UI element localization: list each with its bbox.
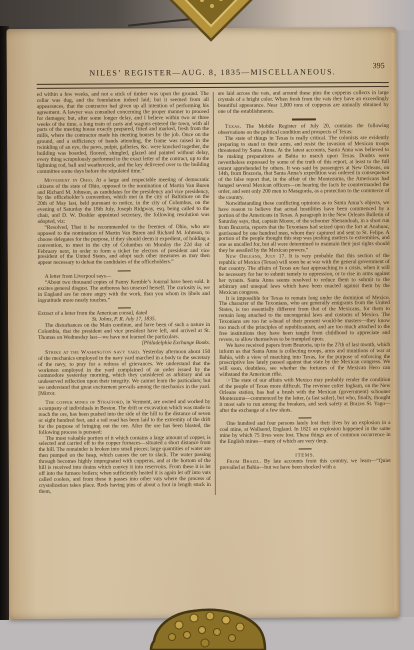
paragraph-lead: Strike at the Washington navy yard. [45,349,141,356]
texas-critical: The state of things in Texas is really c… [218,136,389,202]
texas-dominion: It is impossible for Texas to remain lon… [219,296,390,344]
navy-yard-strike: Strike at the Washington navy yard. Yest… [38,350,210,398]
masthead-title: NILES’ REGISTER—AUG. 8, 1835—MISCELLANEO… [89,67,336,77]
consul-letter: The disturbances on the Main continue, a… [38,323,210,342]
copper-process: The most valuable portion of it which co… [39,435,211,495]
text-columns: ed within a few weeks, and not a stick o… [37,91,391,495]
paragraph-lead: From Brazil. [227,458,261,464]
brass-clasp-bottom-icon [147,605,269,650]
copper-mines: The copper mines of Strafford, in Vermon… [38,400,210,436]
meeting-house-continuation: ed within a few weeks, and not a stick o… [37,92,209,176]
paragraph-lead: Movement in Ohio. [44,177,93,183]
page-header: NILES’ REGISTER—AUG. 8, 1835—MISCELLANEO… [37,61,389,81]
right-column: are laid across the vats, and around the… [213,91,391,494]
header-double-rule [37,82,389,89]
texas-hostilities: Notwithstanding these conflicting opinio… [218,201,389,255]
page-stack-edge [390,33,399,611]
paragraph-lead: New Orleans, July 17. [226,254,286,260]
mexico-affairs: ☞The state of our affairs with Mexico ma… [219,378,390,414]
paragraph-lead: The copper mines of Strafford, [45,399,124,405]
copperas-continuation: are laid across the vats, and around the… [218,91,389,116]
section-separator [117,270,130,271]
new-orleans-report: New Orleans, July 17. It is very probabl… [219,254,390,296]
liverpool-letter: “About two thousand copies of Fanny Kemb… [38,280,210,305]
paragraph-lead: Texas. [225,124,241,130]
page-number: 395 [373,61,385,70]
left-column: ed within a few weeks, and not a stick o… [37,92,215,495]
wallsend-explosion: One hundred and four persons lately lost… [220,421,391,446]
brass-clasp-top-icon [164,0,258,42]
section-separator [299,449,312,450]
brazoria-papers: We have received papers from Brazoria, u… [219,343,390,379]
movement-in-ohio: Movement in Ohio. At a large and respect… [37,178,209,226]
section-separator [298,417,311,418]
newspaper-page: NILES’ REGISTER—AUG. 8, 1835—MISCELLANEO… [6,27,399,619]
consul-letter-credit: [Philadelphia Exchange Books. [38,341,210,348]
section-separator [117,307,130,308]
brazil-news: From Brazil. By late accounts from this … [220,459,391,472]
photographed-newspaper-page: NILES’ REGISTER—AUG. 8, 1835—MISCELLANEO… [0,0,414,650]
section-separator [291,119,315,121]
ohio-resolution: “Resolved, That it be recommended to the… [37,225,209,267]
